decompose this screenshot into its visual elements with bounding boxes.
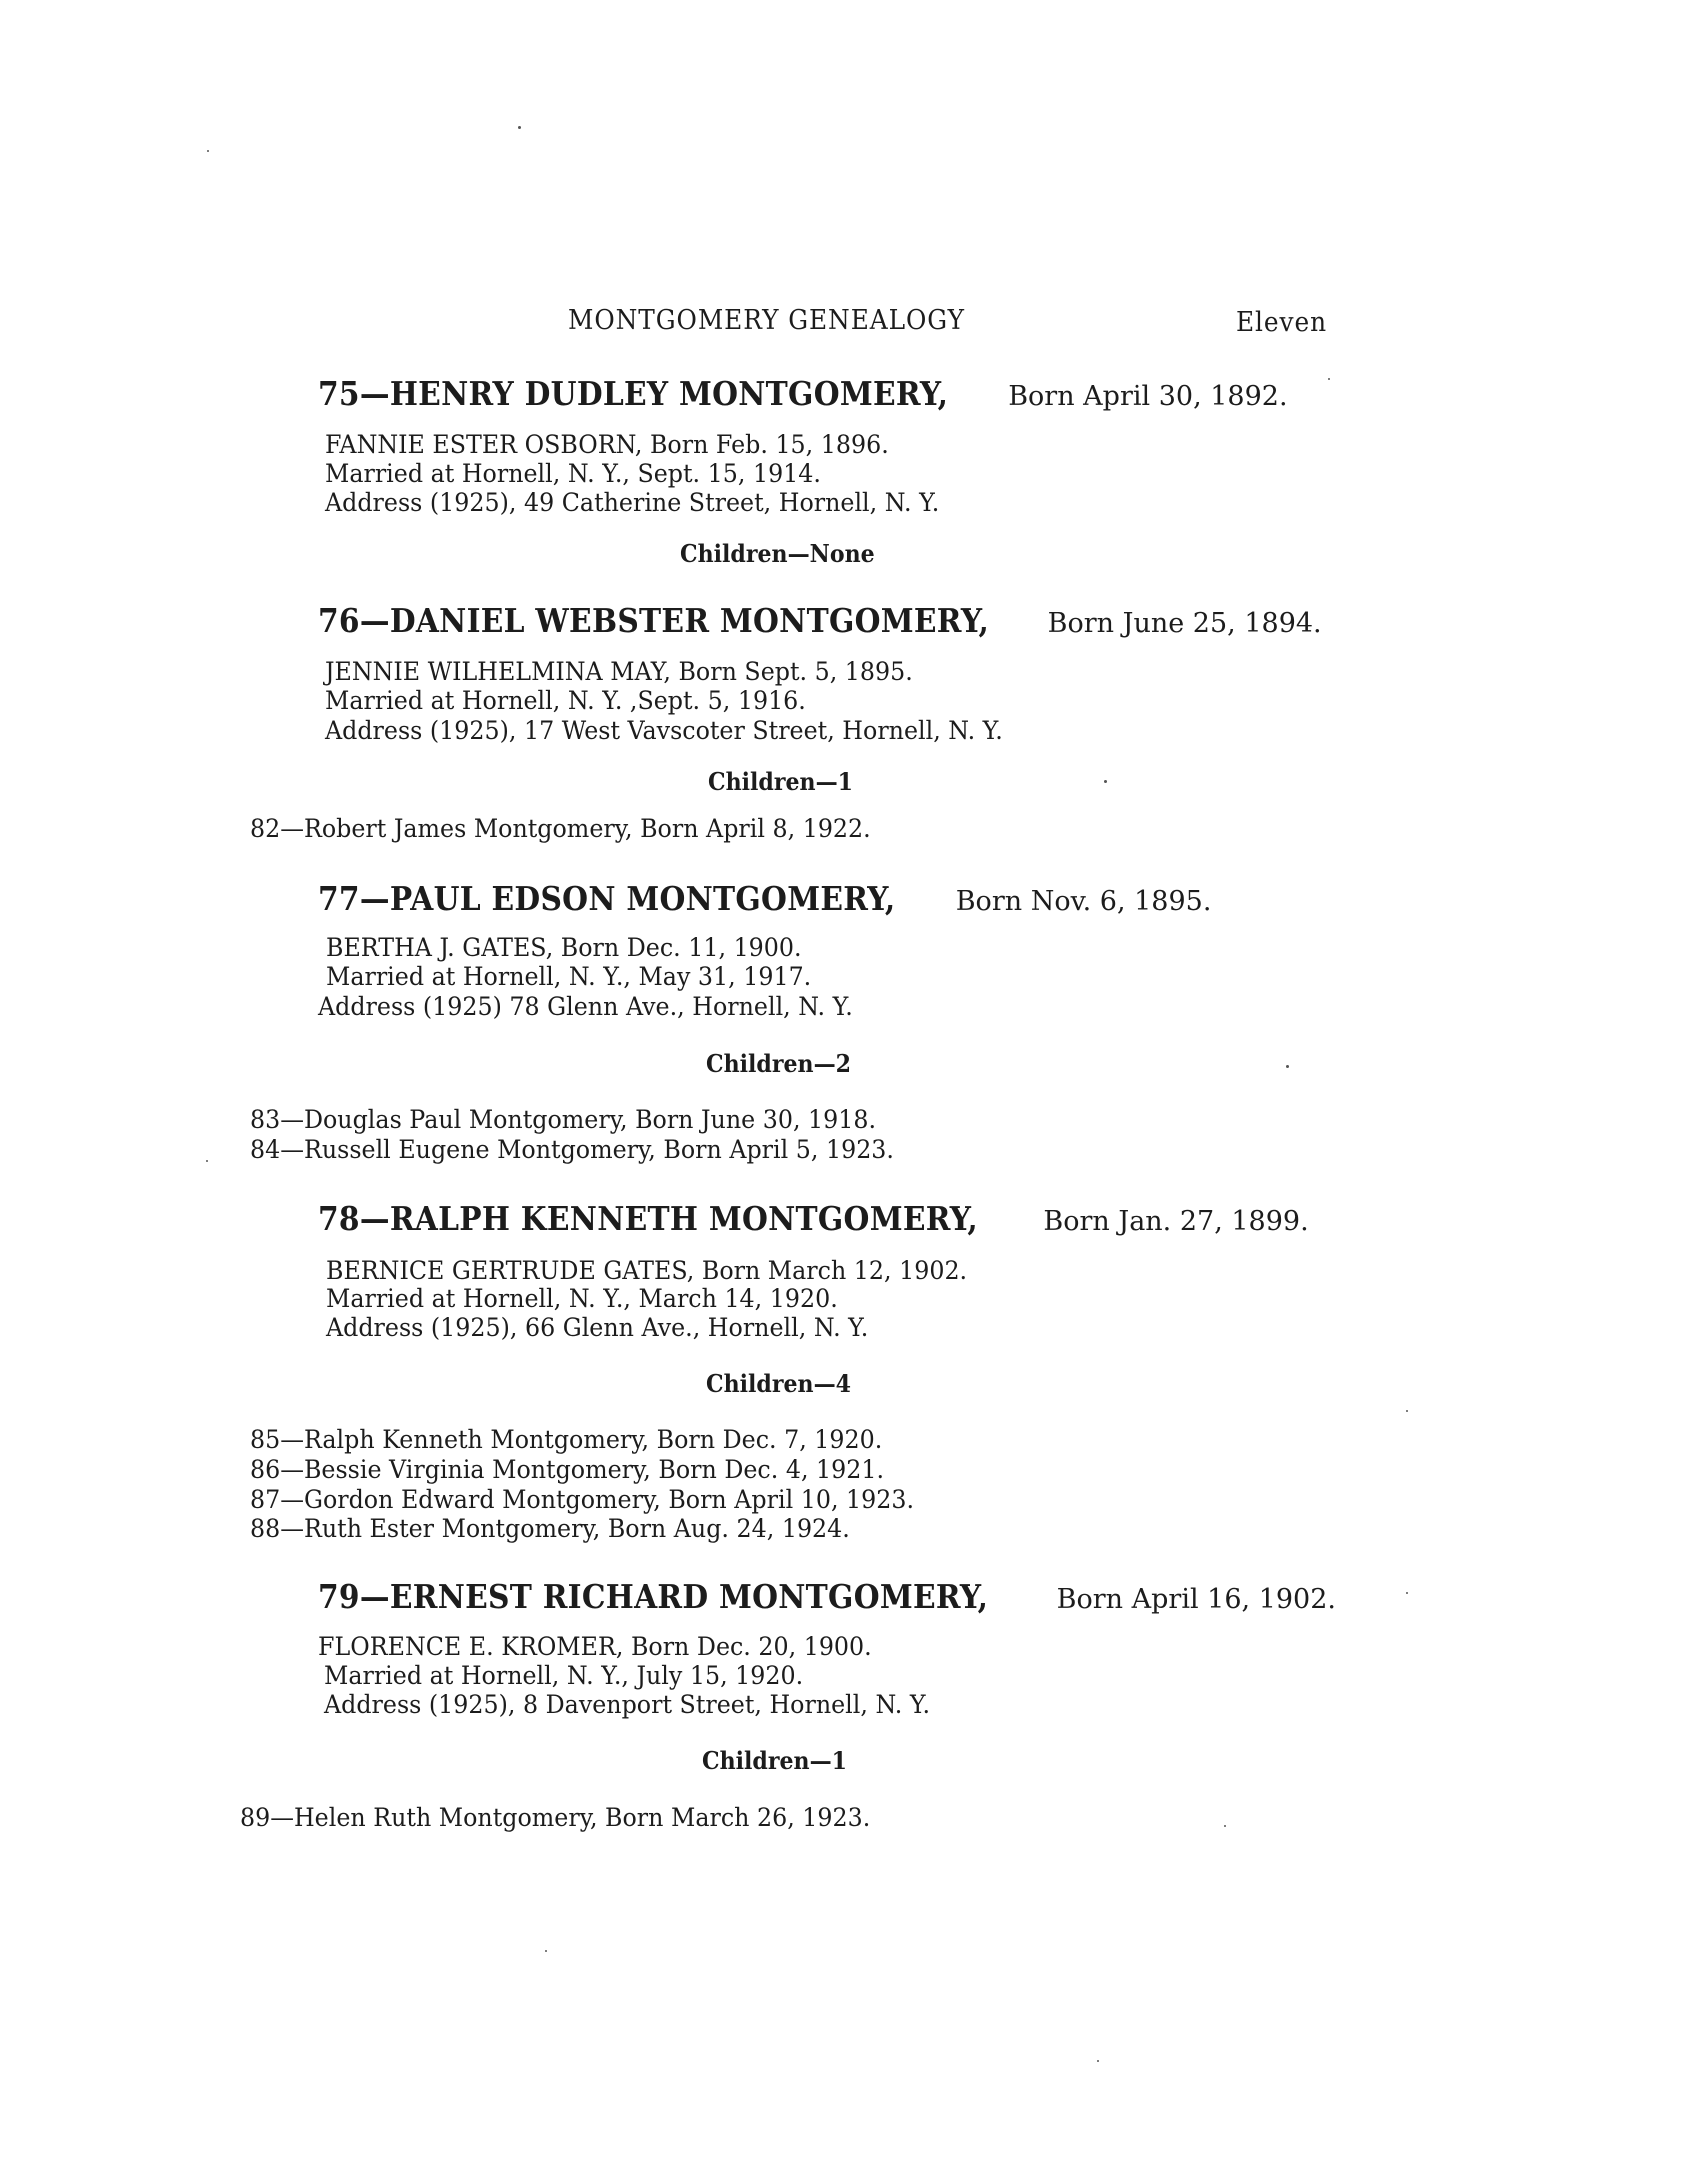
marriage-line: Married at Hornell, N. Y., May 31, 1917.	[326, 962, 811, 991]
address-line: Address (1925), 17 West Vavscoter Street…	[325, 716, 1003, 745]
person-name: 75—HENRY DUDLEY MONTGOMERY,	[318, 374, 948, 413]
child-item: 88—Ruth Ester Montgomery, Born Aug. 24, …	[250, 1514, 850, 1543]
scan-speck	[1286, 1065, 1289, 1068]
spouse-line: FANNIE ESTER OSBORN, Born Feb. 15, 1896.	[325, 430, 889, 459]
address-line: Address (1925), 66 Glenn Ave., Hornell, …	[326, 1313, 868, 1342]
spouse-line: BERTHA J. GATES, Born Dec. 11, 1900.	[326, 933, 802, 962]
child-item: 87—Gordon Edward Montgomery, Born April …	[250, 1485, 914, 1514]
birth-date: Born April 16, 1902.	[1057, 1584, 1336, 1615]
children-label: Children—1	[702, 1746, 847, 1775]
children-label: Children—1	[708, 767, 853, 796]
child-item: 85—Ralph Kenneth Montgomery, Born Dec. 7…	[250, 1425, 882, 1454]
entry-heading: 78—RALPH KENNETH MONTGOMERY,Born Jan. 27…	[318, 1199, 1309, 1238]
scan-speck	[518, 126, 521, 129]
spouse-line: BERNICE GERTRUDE GATES, Born March 12, 1…	[326, 1256, 967, 1285]
address-line: Address (1925), 49 Catherine Street, Hor…	[325, 488, 939, 517]
marriage-line: Married at Hornell, N. Y. ,Sept. 5, 1916…	[325, 686, 806, 715]
scan-speck	[207, 150, 209, 152]
person-name: 76—DANIEL WEBSTER MONTGOMERY,	[318, 601, 989, 640]
child-item: 82—Robert James Montgomery, Born April 8…	[250, 814, 871, 843]
spouse-line: FLORENCE E. KROMER, Born Dec. 20, 1900.	[318, 1632, 872, 1661]
marriage-line: Married at Hornell, N. Y., Sept. 15, 191…	[325, 459, 821, 488]
running-title: MONTGOMERY GENEALOGY	[568, 305, 965, 336]
child-item: 89—Helen Ruth Montgomery, Born March 26,…	[240, 1803, 870, 1832]
address-line: Address (1925) 78 Glenn Ave., Hornell, N…	[318, 992, 853, 1021]
children-label: Children—4	[706, 1369, 851, 1398]
scan-speck	[1224, 1825, 1226, 1827]
child-item: 83—Douglas Paul Montgomery, Born June 30…	[250, 1105, 876, 1134]
scan-speck	[1104, 780, 1107, 783]
entry-heading: 75—HENRY DUDLEY MONTGOMERY,Born April 30…	[318, 374, 1288, 413]
scan-speck	[1406, 1410, 1408, 1412]
marriage-line: Married at Hornell, N. Y., July 15, 1920…	[324, 1661, 803, 1690]
entry-heading: 79—ERNEST RICHARD MONTGOMERY,Born April …	[318, 1577, 1336, 1616]
scan-speck	[206, 1160, 208, 1162]
entry-heading: 77—PAUL EDSON MONTGOMERY,Born Nov. 6, 18…	[318, 879, 1211, 918]
birth-date: Born June 25, 1894.	[1048, 608, 1322, 639]
child-item: 84—Russell Eugene Montgomery, Born April…	[250, 1135, 894, 1164]
child-item: 86—Bessie Virginia Montgomery, Born Dec.…	[250, 1455, 884, 1484]
person-name: 79—ERNEST RICHARD MONTGOMERY,	[318, 1577, 988, 1616]
page-number: Eleven	[1236, 307, 1327, 338]
spouse-line: JENNIE WILHELMINA MAY, Born Sept. 5, 189…	[325, 657, 913, 686]
children-label: Children—2	[706, 1049, 851, 1078]
address-line: Address (1925), 8 Davenport Street, Horn…	[324, 1690, 930, 1719]
scan-speck	[1328, 378, 1330, 380]
entry-heading: 76—DANIEL WEBSTER MONTGOMERY,Born June 2…	[318, 601, 1322, 640]
birth-date: Born April 30, 1892.	[1008, 381, 1287, 412]
birth-date: Born Nov. 6, 1895.	[956, 886, 1212, 917]
scan-speck	[1097, 2060, 1099, 2062]
birth-date: Born Jan. 27, 1899.	[1043, 1206, 1308, 1237]
scan-speck	[1406, 1592, 1408, 1594]
marriage-line: Married at Hornell, N. Y., March 14, 192…	[326, 1284, 838, 1313]
person-name: 78—RALPH KENNETH MONTGOMERY,	[318, 1199, 978, 1238]
person-name: 77—PAUL EDSON MONTGOMERY,	[318, 879, 896, 918]
scan-speck	[545, 1950, 547, 1952]
children-label: Children—None	[680, 539, 875, 568]
